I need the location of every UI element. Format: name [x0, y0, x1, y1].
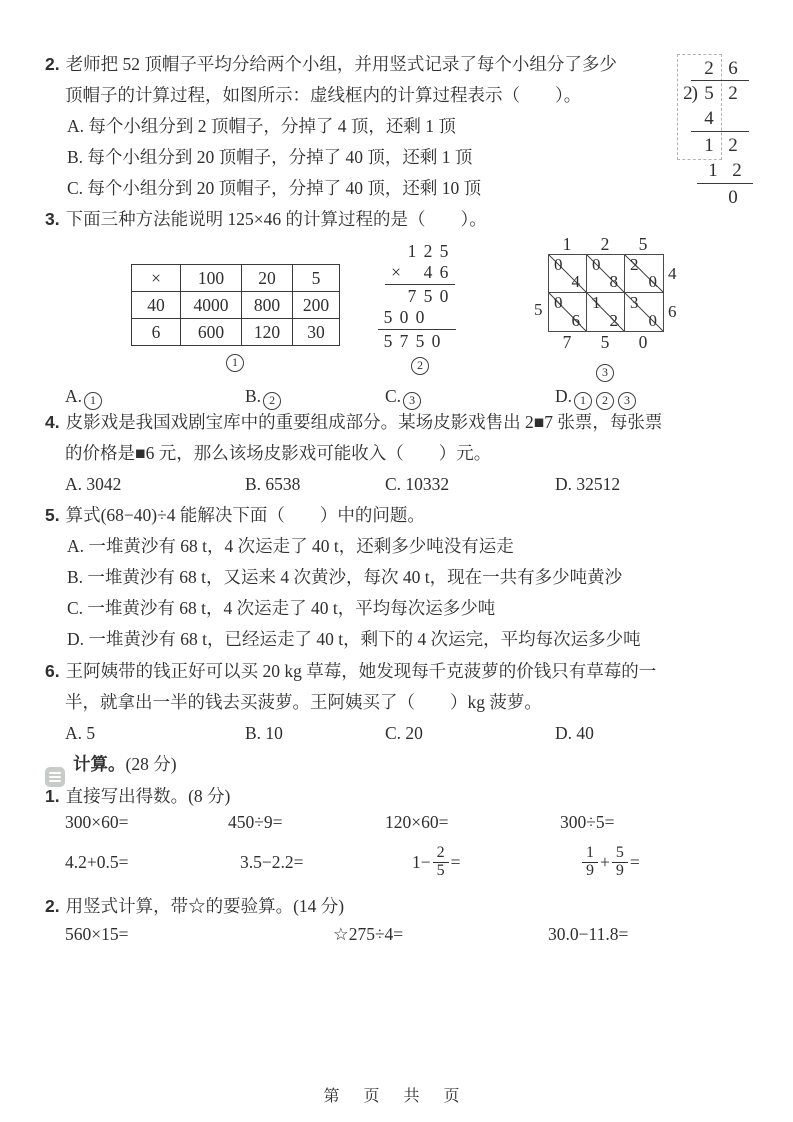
q5-option-b: B. 一堆黄沙有 68 t，又运来 4 次黄沙，每次 40 t，现在一共有多少吨… [45, 562, 765, 593]
method3-caption: 3 [548, 358, 662, 382]
lattice-bottom-labels: 7 5 0 [548, 332, 662, 352]
division-quotient: 2 6 [697, 57, 745, 81]
lattice-right-label-2: 6 [668, 302, 677, 322]
calc-section-title: 计算。 [73, 754, 126, 774]
long-division-diagram: 2 6 2) 5 2 4 1 2 1 2 0 [677, 57, 769, 209]
calc-expression: 1− 25 = [412, 838, 461, 886]
q3-number: 3. [45, 209, 60, 229]
q5-option-c: C. 一堆黄沙有 68 t，4 次运走了 40 t，平均每次运多少吨 [45, 593, 765, 624]
mult-bar-2 [378, 329, 456, 330]
q2-option-a: A. 每个小组分到 2 顶帽子，分掉了 4 顶，还剩 1 顶 [45, 111, 680, 142]
q4-option-d: D. 32512 [555, 469, 620, 500]
calc-expression: 4.2+0.5= [65, 838, 129, 886]
calc-expression: ☆275÷4= [333, 919, 403, 950]
q4-line2: 的价格是■6 元，那么该场皮影戏可能收入（ ）元。 [45, 438, 765, 469]
page: 2.老师把 52 顶帽子平均分给两个小组，并用竖式记录了每个小组分了多少 顶帽子… [0, 0, 793, 1122]
q5-number: 5. [45, 505, 60, 525]
q3-line1: 3.下面三种方法能说明 125×46 的计算过程的是（ ）。 [45, 204, 765, 235]
calc-expression: 300×60= [65, 807, 129, 838]
q6-line1: 6.王阿姨带的钱正好可以买 20 kg 草莓，她发现每千克菠萝的价钱只有草莓的一 [45, 656, 765, 687]
question-5: 5.算式(68−40)÷4 能解决下面（ ）中的问题。 A. 一堆黄沙有 68 … [45, 500, 765, 655]
lattice-left-label: 5 [534, 300, 543, 320]
q2-option-c: C. 每个小组分到 20 顶帽子，分掉了 40 顶，还剩 10 顶 [45, 173, 680, 204]
question-4: 4.皮影戏是我国戏剧宝库中的重要组成部分。某场皮影戏售出 2■7 张票，每张票 … [45, 407, 765, 469]
q6-line2: 半，就拿出一半的钱去买菠萝。王阿姨买了（ ）kg 菠萝。 [45, 687, 765, 718]
calc-row-3: 560×15= ☆275÷4= 30.0−11.8= [0, 919, 793, 950]
q5-line1: 5.算式(68−40)÷4 能解决下面（ ）中的问题。 [45, 500, 765, 531]
q2-line1: 2.老师把 52 顶帽子平均分给两个小组，并用竖式记录了每个小组分了多少 [45, 49, 680, 80]
q6-options: A. 5 B. 10 C. 20 D. 40 [0, 718, 793, 749]
q2-number: 2. [45, 54, 60, 74]
division-bar-2 [697, 183, 753, 184]
lattice-cell: 06 [549, 293, 587, 331]
q2-line2: 顶帽子的计算过程，如图所示：虚线框内的计算过程表示（ ）。 [45, 80, 680, 111]
calc-expression: 300÷5= [560, 807, 614, 838]
q6-option-c: C. 20 [385, 718, 423, 749]
calc-expression: 560×15= [65, 919, 129, 950]
q4-options: A. 3042 B. 6538 C. 10332 D. 32512 [0, 469, 793, 500]
fraction: 25 [433, 845, 449, 880]
q4-line1: 4.皮影戏是我国戏剧宝库中的重要组成部分。某场皮影戏售出 2■7 张票，每张票 [45, 407, 765, 438]
method1-table: × 100 20 5 40 4000 800 200 6 600 120 30 [131, 264, 340, 346]
fraction: 19 [582, 845, 598, 880]
q5-option-a: A. 一堆黄沙有 68 t，4 次运走了 40 t，还剩多少吨没有运走 [45, 531, 765, 562]
page-footer: 第 页 共 页 [0, 1083, 793, 1106]
calc-expression: 450÷9= [228, 807, 282, 838]
division-step2: 1 2 [701, 159, 749, 183]
division-bar-top [691, 80, 749, 81]
lattice-cell: 08 [587, 255, 625, 293]
division-remainder-1: 1 2 [697, 134, 745, 158]
fraction: 59 [612, 845, 628, 880]
calc-expression: 19 + 59 = [580, 838, 640, 886]
calc-sub2: 2.用竖式计算，带☆的要验算。(14 分) [45, 891, 344, 922]
division-step1: 4 [697, 107, 721, 131]
calc-row-1: 300×60= 450÷9= 120×60= 300÷5= [0, 807, 793, 838]
lattice-cell: 30 [625, 293, 663, 331]
calc-row-2: 4.2+0.5= 3.5−2.2= 1− 25 = 19 + 59 = [0, 838, 793, 886]
q6-option-d: D. 40 [555, 718, 594, 749]
question-6: 6.王阿姨带的钱正好可以买 20 kg 草莓，她发现每千克菠萝的价钱只有草莓的一… [45, 656, 765, 718]
lattice-cell: 12 [587, 293, 625, 331]
method3-lattice: 1 2 5 04 08 20 06 12 30 4 6 5 7 5 0 3 [548, 234, 662, 382]
question-2: 2.老师把 52 顶帽子平均分给两个小组，并用竖式记录了每个小组分了多少 顶帽子… [45, 49, 680, 204]
lattice-cell: 04 [549, 255, 587, 293]
mult-bar-1 [385, 284, 455, 285]
q6-option-b: B. 10 [245, 718, 283, 749]
calc-expression: 3.5−2.2= [240, 838, 304, 886]
calc-expression: 120×60= [385, 807, 449, 838]
q4-option-b: B. 6538 [245, 469, 300, 500]
lattice-cell: 20 [625, 255, 663, 293]
lattice-grid: 04 08 20 06 12 30 [548, 254, 664, 332]
calc-expression: 30.0−11.8= [548, 919, 628, 950]
lattice-right-label-1: 4 [668, 264, 677, 284]
method1-caption: 1 [131, 348, 339, 372]
division-bar-1 [691, 131, 749, 132]
q2-option-b: B. 每个小组分到 20 顶帽子，分掉了 40 顶，还剩 1 顶 [45, 142, 680, 173]
q4-option-a: A. 3042 [65, 469, 121, 500]
q6-option-a: A. 5 [65, 718, 95, 749]
q4-option-c: C. 10332 [385, 469, 449, 500]
q4-number: 4. [45, 412, 60, 432]
q5-option-d: D. 一堆黄沙有 68 t，已经运走了 40 t，剩下的 4 次运完，平均每次运… [45, 624, 765, 655]
q6-number: 6. [45, 661, 60, 681]
division-dividend-row: 2) 5 2 [677, 82, 745, 106]
question-3: 3.下面三种方法能说明 125×46 的计算过程的是（ ）。 [45, 204, 765, 235]
calc-section-score: (28 分) [126, 754, 177, 774]
lattice-top-labels: 1 2 5 [548, 234, 662, 254]
method2-caption: 2 [380, 351, 460, 375]
